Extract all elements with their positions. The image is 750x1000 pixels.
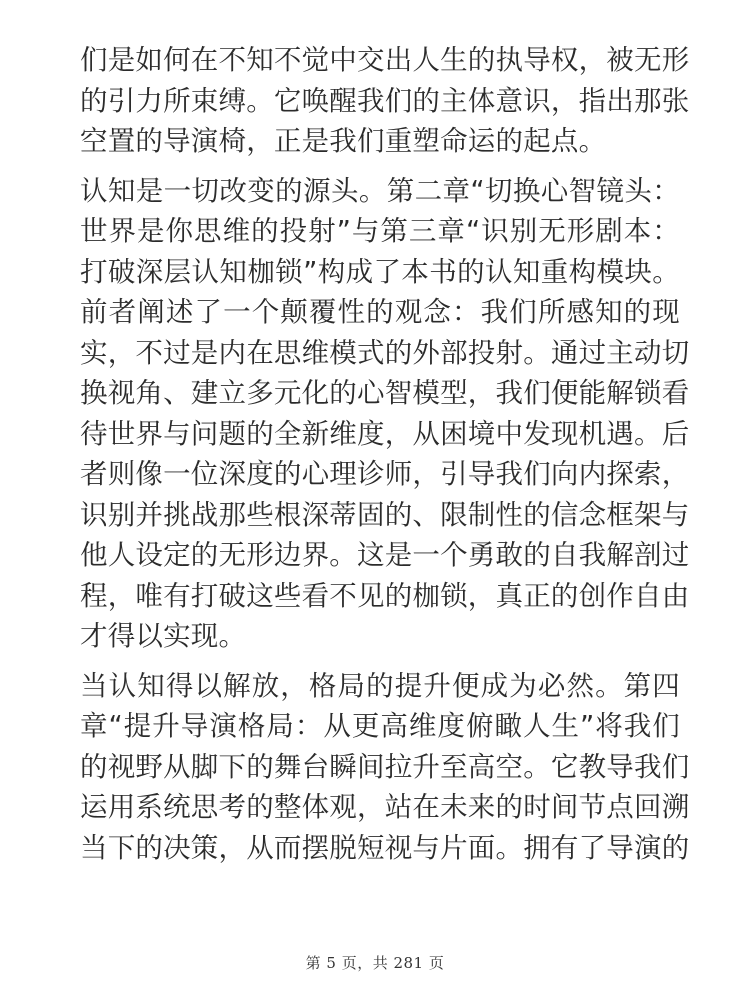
text-line: 打破深层认知枷锁”构成了本书的认知重构模块。 (80, 252, 680, 293)
text-line: 当认知得以解放，格局的提升便成为必然。第四 (80, 666, 680, 707)
paragraph-1: 们是如何在不知不觉中交出人生的执导权，被无形 的引力所束缚。它唤醒我们的主体意识… (80, 40, 680, 162)
text-line: 识别并挑战那些根深蒂固的、限制性的信念框架与 (80, 495, 680, 536)
text-line: 前者阐述了一个颠覆性的观念：我们所感知的现 (80, 292, 680, 333)
text-line: 实，不过是内在思维模式的外部投射。通过主动切 (80, 333, 680, 374)
text-line: 空置的导演椅，正是我们重塑命运的起点。 (80, 121, 680, 162)
text-line: 待世界与问题的全新维度，从困境中发现机遇。后 (80, 414, 680, 455)
text-line: 的视野从脚下的舞台瞬间拉升至高空。它教导我们 (80, 747, 680, 788)
text-line: 者则像一位深度的心理诊师，引导我们向内探索， (80, 454, 680, 495)
page-number-footer: 第 5 页，共 281 页 (0, 952, 750, 973)
text-line: 世界是你思维的投射”与第三章“识别无形剧本： (80, 211, 680, 252)
text-line: 们是如何在不知不觉中交出人生的执导权，被无形 (80, 40, 680, 81)
text-line: 当下的决策，从而摆脱短视与片面。拥有了导演的 (80, 828, 680, 869)
text-line: 换视角、建立多元化的心智模型，我们便能解锁看 (80, 373, 680, 414)
text-line: 章“提升导演格局：从更高维度俯瞰人生”将我们 (80, 706, 680, 747)
text-line: 他人设定的无形边界。这是一个勇敢的自我解剖过 (80, 535, 680, 576)
paragraph-2: 认知是一切改变的源头。第二章“切换心智镜头： 世界是你思维的投射”与第三章“识别… (80, 171, 680, 657)
paragraph-3: 当认知得以解放，格局的提升便成为必然。第四 章“提升导演格局：从更高维度俯瞰人生… (80, 666, 680, 869)
text-line: 的引力所束缚。它唤醒我们的主体意识，指出那张 (80, 81, 680, 122)
text-line: 才得以实现。 (80, 616, 680, 657)
text-line: 认知是一切改变的源头。第二章“切换心智镜头： (80, 171, 680, 212)
text-line: 运用系统思考的整体观，站在未来的时间节点回溯 (80, 787, 680, 828)
text-line: 程，唯有打破这些看不见的枷锁，真正的创作自由 (80, 576, 680, 617)
page-body: 们是如何在不知不觉中交出人生的执导权，被无形 的引力所束缚。它唤醒我们的主体意识… (80, 40, 680, 877)
